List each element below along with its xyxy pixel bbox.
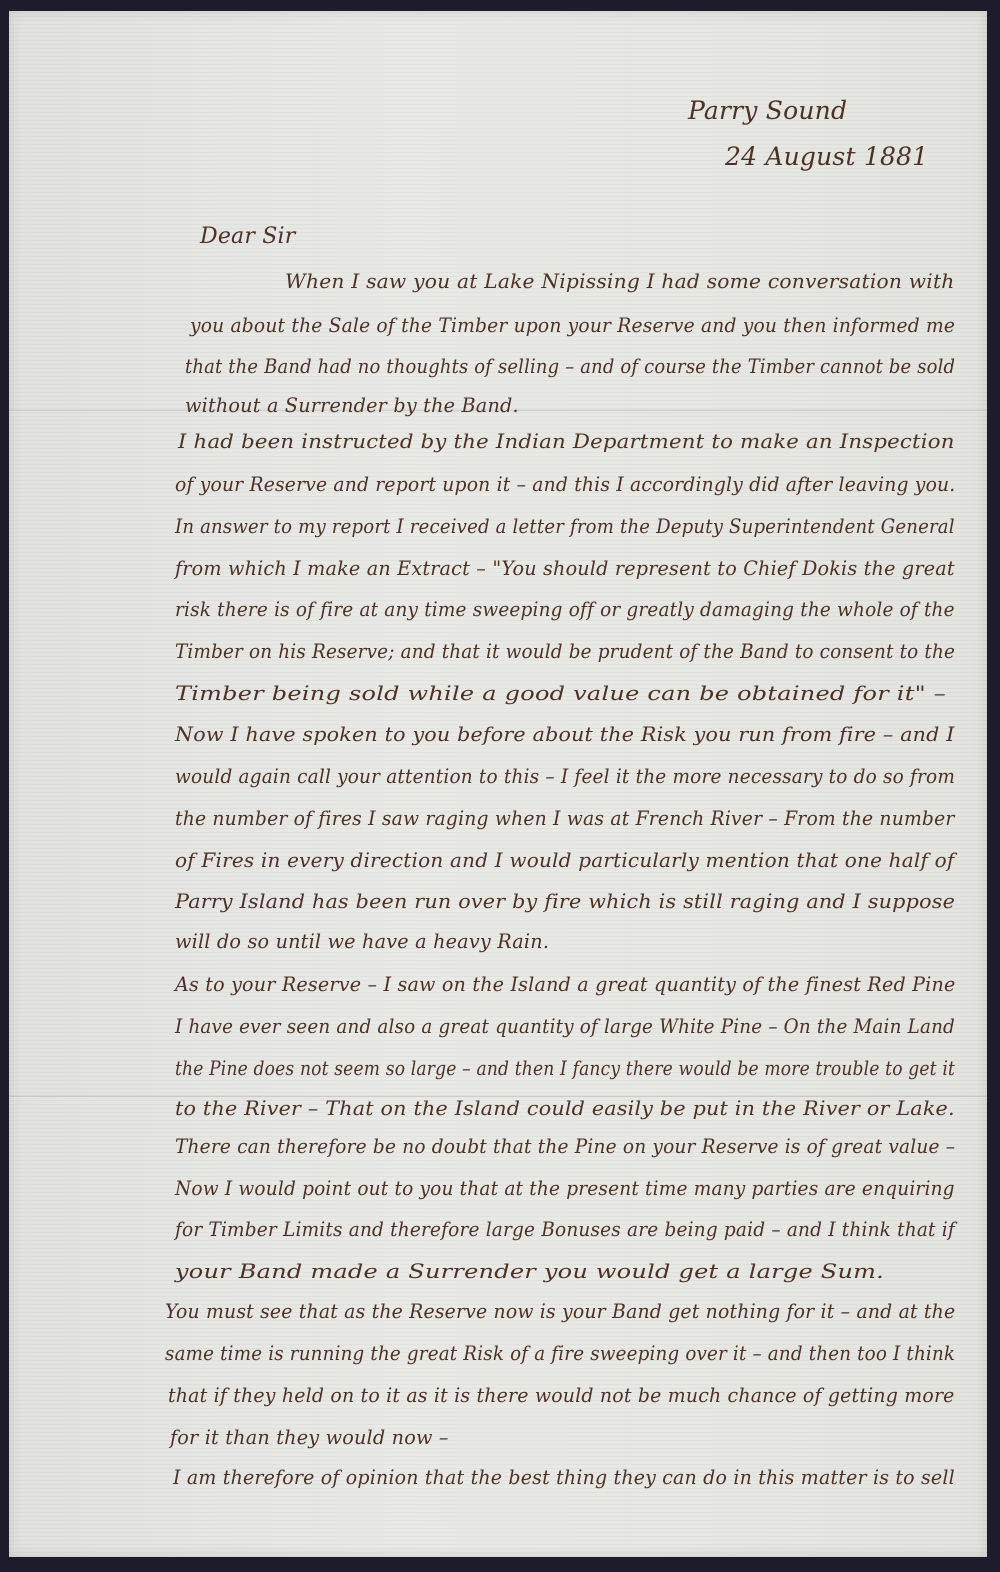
letter-line: you about the Sale of the Timber upon yo… — [190, 314, 955, 337]
letter-line: As to your Reserve – I saw on the Island… — [175, 973, 955, 996]
letter-line: of Fires in every direction and I would … — [175, 849, 954, 872]
letter-line: will do so until we have a heavy Rain. — [175, 930, 549, 953]
letter-line: to the River – That on the Island could … — [175, 1097, 955, 1120]
letter-line: I am therefore of opinion that the best … — [173, 1466, 955, 1489]
letter-line: the number of fires I saw raging when I … — [175, 807, 955, 830]
letter-line: In answer to my report I received a lett… — [175, 515, 955, 538]
letter-line: from which I make an Extract – "You shou… — [175, 557, 955, 580]
letter-line: Timber being sold while a good value can… — [175, 682, 946, 705]
letter-line: Timber on his Reserve; and that it would… — [175, 640, 955, 663]
letter-line: When I saw you at Lake Nipissing I had s… — [285, 270, 955, 293]
letter-line: Now I would point out to you that at the… — [175, 1177, 955, 1200]
letter-line: I had been instructed by the Indian Depa… — [178, 430, 955, 453]
letter-salutation: Dear Sir — [200, 224, 296, 249]
letter-line: Now I have spoken to you before about th… — [175, 723, 955, 746]
letter-line: for it than they would now – — [170, 1426, 449, 1449]
letter-line: for Timber Limits and therefore large Bo… — [175, 1218, 955, 1241]
letter-line: your Band made a Surrender you would get… — [175, 1260, 884, 1283]
letter-line: There can therefore be no doubt that the… — [175, 1135, 955, 1158]
letter-date: 24 August 1881 — [725, 142, 928, 171]
letter-line: risk there is of fire at any time sweepi… — [175, 598, 955, 621]
letter-line: same time is running the great Risk of a… — [165, 1342, 955, 1365]
letter-line: would again call your attention to this … — [175, 765, 955, 788]
letter-place: Parry Sound — [688, 96, 847, 125]
letter-line: You must see that as the Reserve now is … — [165, 1300, 955, 1323]
letter-line: I have ever seen and also a great quanti… — [175, 1015, 955, 1038]
letter-line: the Pine does not seem so large – and th… — [175, 1057, 955, 1080]
letter-line: without a Surrender by the Band. — [185, 394, 519, 417]
letter-line: that if they held on to it as it is ther… — [168, 1384, 955, 1407]
letter-line: that the Band had no thoughts of selling… — [185, 355, 955, 378]
letter-line: of your Reserve and report upon it – and… — [175, 473, 955, 496]
letter-line: Parry Island has been run over by fire w… — [175, 890, 955, 913]
